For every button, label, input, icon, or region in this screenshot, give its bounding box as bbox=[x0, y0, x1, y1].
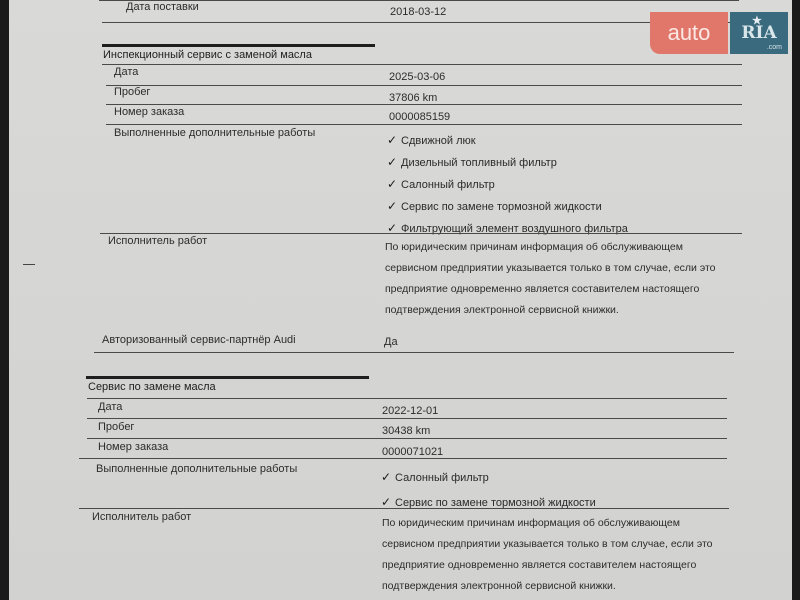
delivery-date-value: 2018-03-12 bbox=[390, 6, 446, 18]
date-label: Дата bbox=[114, 66, 138, 78]
divider bbox=[79, 508, 729, 509]
executor-note: По юридическим причинам информация об об… bbox=[385, 237, 735, 321]
date-label: Дата bbox=[98, 401, 122, 413]
autoria-logo: auto ★ RIA .com bbox=[650, 12, 788, 54]
checkmark-icon: ✓ bbox=[387, 199, 401, 213]
divider bbox=[106, 104, 742, 105]
extra-work-item: ✓Салонный фильтр bbox=[387, 177, 495, 191]
divider bbox=[87, 418, 727, 419]
checkmark-icon: ✓ bbox=[381, 470, 395, 484]
extra-work-item: ✓Сервис по замене тормозной жидкости bbox=[381, 495, 596, 509]
checkmark-icon: ✓ bbox=[387, 155, 401, 169]
delivery-date-label: Дата поставки bbox=[126, 1, 199, 13]
divider bbox=[106, 124, 742, 125]
divider bbox=[102, 64, 742, 65]
section-divider bbox=[86, 376, 369, 379]
executor-label: Исполнитель работ bbox=[108, 235, 207, 247]
divider bbox=[87, 438, 727, 439]
section-title-inspection: Инспекционный сервис с заменой масла bbox=[103, 49, 312, 61]
date-value: 2022-12-01 bbox=[382, 405, 438, 417]
margin-mark bbox=[23, 264, 35, 265]
checkmark-icon: ✓ bbox=[387, 133, 401, 147]
divider bbox=[79, 458, 727, 459]
order-number-label: Номер заказа bbox=[98, 441, 168, 453]
extra-works-label: Выполненные дополнительные работы bbox=[96, 463, 297, 475]
executor-label: Исполнитель работ bbox=[92, 511, 191, 523]
divider bbox=[87, 398, 727, 399]
divider bbox=[102, 22, 742, 23]
extra-work-item: ✓Сдвижной люк bbox=[387, 133, 476, 147]
mileage-value: 37806 km bbox=[389, 92, 437, 104]
executor-note: По юридическим причинам информация об об… bbox=[382, 513, 732, 597]
divider bbox=[106, 85, 742, 86]
authorized-partner-label: Авторизованный сервис-партнёр Audi bbox=[102, 334, 296, 346]
logo-auto-text: auto bbox=[650, 12, 728, 54]
date-value: 2025-03-06 bbox=[389, 71, 445, 83]
mileage-value: 30438 km bbox=[382, 425, 430, 437]
authorized-partner-value: Да bbox=[384, 336, 398, 348]
mileage-label: Пробег bbox=[114, 86, 150, 98]
section-divider bbox=[102, 44, 375, 47]
service-book-page: Дата поставки 2018-03-12 auto ★ RIA .com… bbox=[9, 0, 792, 600]
logo-ria-block: ★ RIA .com bbox=[730, 12, 788, 54]
divider bbox=[100, 233, 742, 234]
order-number-value: 0000085159 bbox=[389, 111, 450, 123]
order-number-value: 0000071021 bbox=[382, 446, 443, 458]
extra-work-item: ✓Салонный фильтр bbox=[381, 470, 489, 484]
extra-work-item: ✓Сервис по замене тормозной жидкости bbox=[387, 199, 602, 213]
star-icon: ★ bbox=[752, 14, 762, 27]
extra-work-item: ✓Дизельный топливный фильтр bbox=[387, 155, 557, 169]
section-title-oil-change: Сервис по замене масла bbox=[88, 381, 216, 393]
checkmark-icon: ✓ bbox=[387, 177, 401, 191]
checkmark-icon: ✓ bbox=[381, 495, 395, 509]
mileage-label: Пробег bbox=[98, 421, 134, 433]
logo-dotcom-text: .com bbox=[767, 44, 782, 51]
extra-works-label: Выполненные дополнительные работы bbox=[114, 127, 315, 139]
order-number-label: Номер заказа bbox=[114, 106, 184, 118]
divider bbox=[94, 352, 734, 353]
